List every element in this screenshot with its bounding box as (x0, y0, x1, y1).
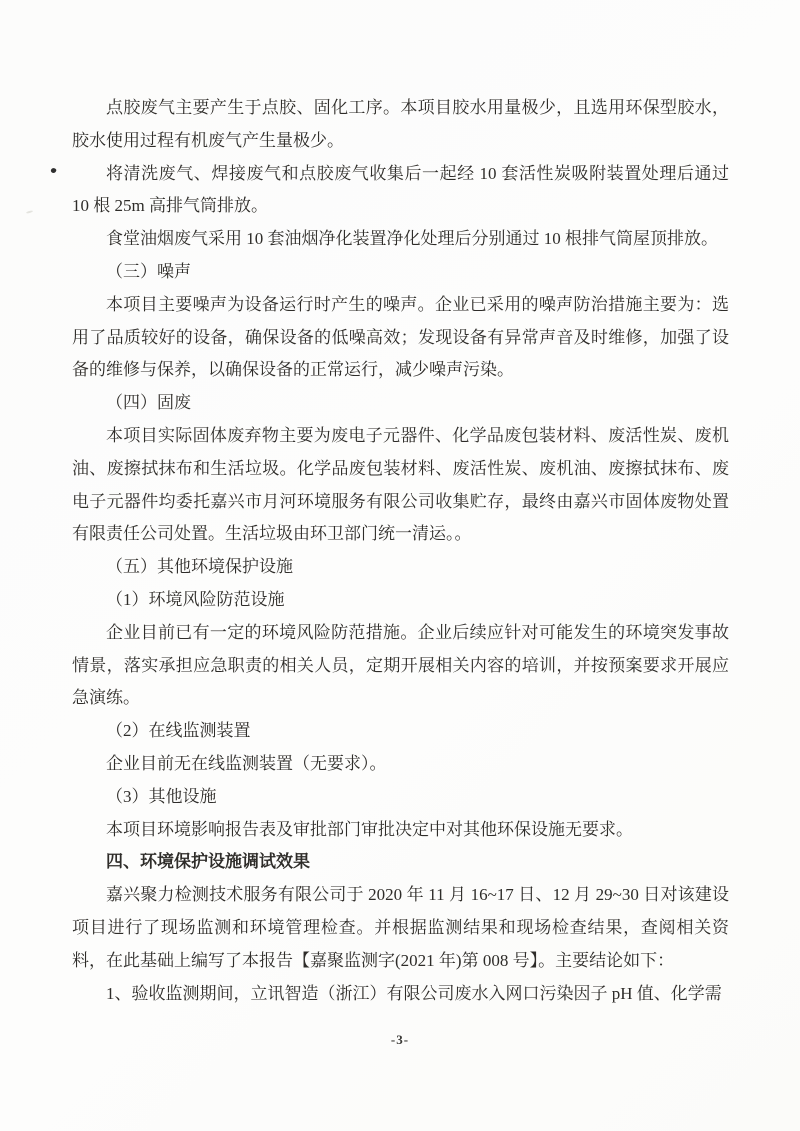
subitem-heading-other: （3）其他设施 (72, 781, 729, 814)
page-number: -3- (0, 1032, 800, 1048)
section-heading-commissioning-results: 四、环境保护设施调试效果 (72, 846, 729, 879)
scan-speck-icon (50, 167, 57, 174)
subsection-heading-other-facilities: （五）其他环境保护设施 (72, 551, 729, 584)
paragraph: 本项目实际固体废弃物主要为废电子元器件、化学品废包装材料、废活性炭、废机油、废擦… (72, 420, 729, 551)
paragraph: 企业目前已有一定的环境风险防范措施。企业后续应针对可能发生的环境突发事故情景，落… (72, 617, 729, 715)
subsection-heading-noise: （三）噪声 (72, 256, 729, 289)
paragraph: 企业目前无在线监测装置（无要求）。 (72, 748, 729, 781)
subitem-heading-online-monitoring: （2）在线监测装置 (72, 715, 729, 748)
subitem-heading-risk-prevention: （1）环境风险防范设施 (72, 584, 729, 617)
paragraph: 本项目环境影响报告表及审批部门审批决定中对其他环保设施无要求。 (72, 814, 729, 847)
subsection-heading-solid-waste: （四）固废 (72, 387, 729, 420)
paragraph: 本项目主要噪声为设备运行时产生的噪声。企业已采用的噪声防治措施主要为：选用了品质… (72, 289, 729, 387)
paragraph: 点胶废气主要产生于点胶、固化工序。本项目胶水用量极少，且选用环保型胶水，胶水使用… (72, 92, 729, 158)
document-body: 点胶废气主要产生于点胶、固化工序。本项目胶水用量极少，且选用环保型胶水，胶水使用… (72, 92, 729, 1010)
paragraph: 食堂油烟废气采用 10 套油烟净化装置净化处理后分别通过 10 根排气筒屋顶排放… (72, 223, 729, 256)
paragraph: 将清洗废气、焊接废气和点胶废气收集后一起经 10 套活性炭吸附装置处理后通过 1… (72, 158, 729, 224)
paragraph: 1、验收监测期间，立讯智造（浙江）有限公司废水入网口污染因子 pH 值、化学需 (72, 978, 729, 1011)
scanned-document-page: 点胶废气主要产生于点胶、固化工序。本项目胶水用量极少，且选用环保型胶水，胶水使用… (0, 0, 800, 1131)
paragraph: 嘉兴聚力检测技术服务有限公司于 2020 年 11 月 16~17 日、12 月… (72, 879, 729, 977)
scan-smudge-icon (26, 210, 33, 214)
